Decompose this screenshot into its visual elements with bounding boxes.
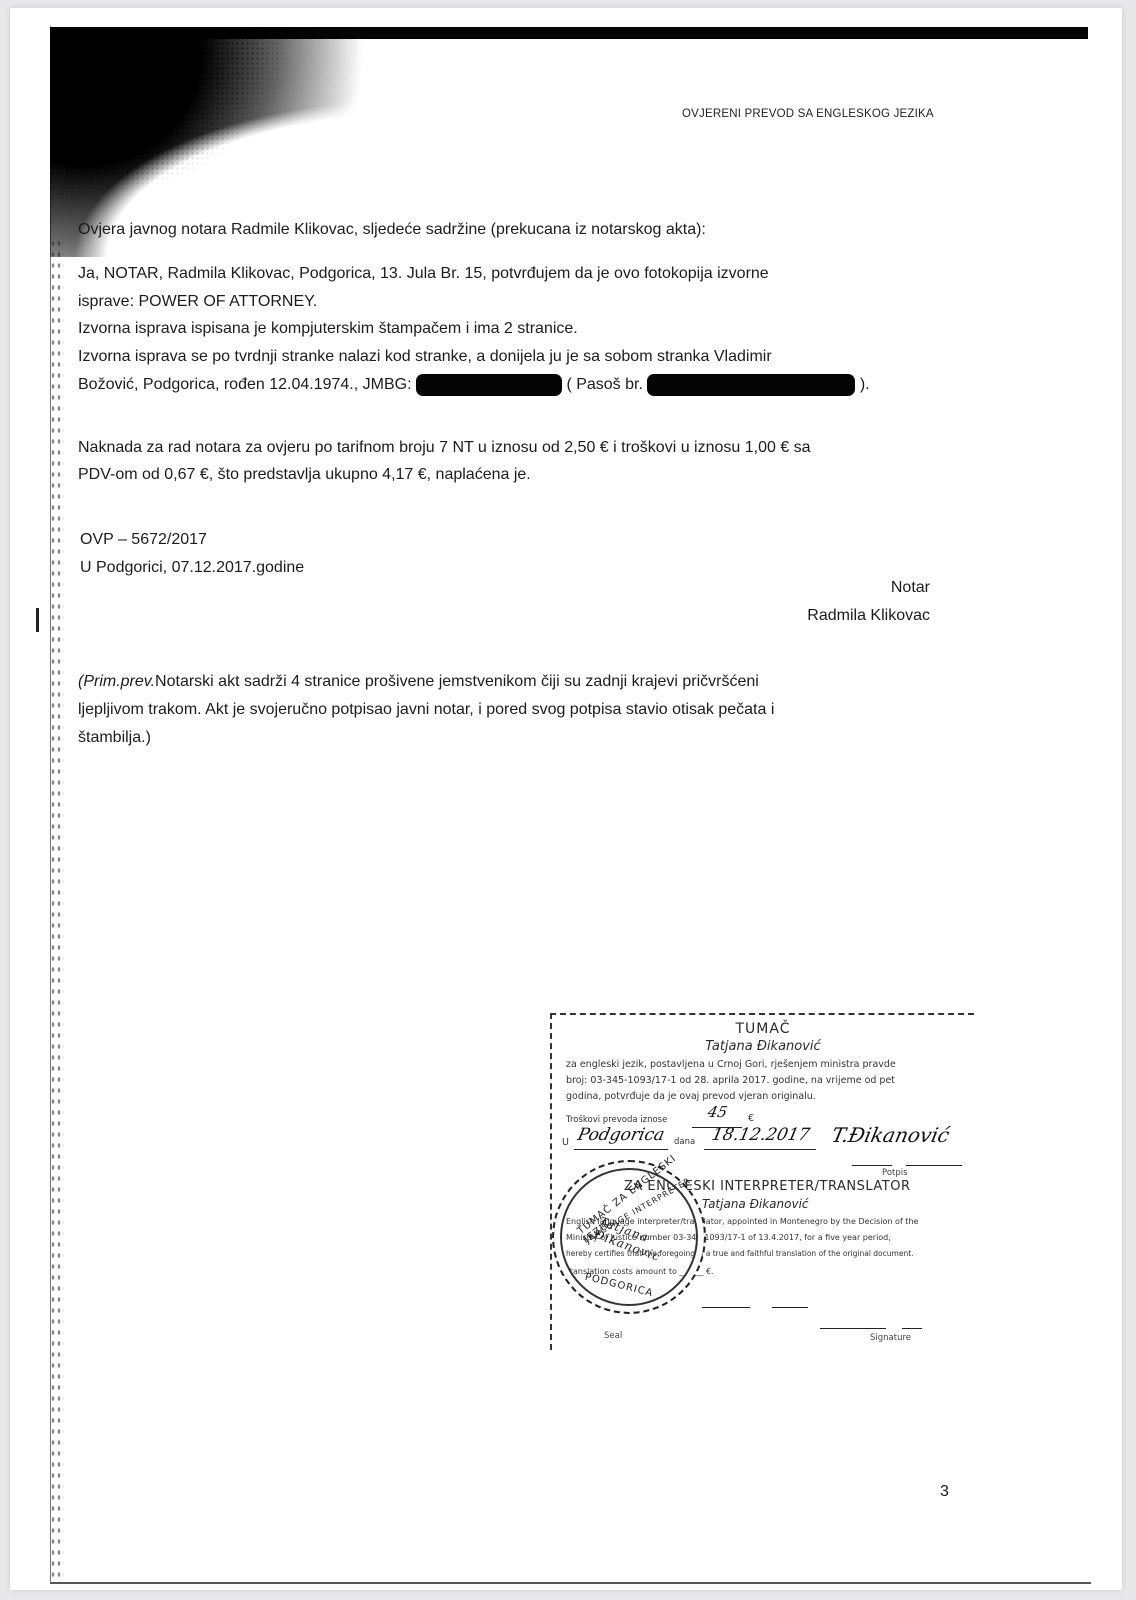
notary-statement-line: Izvorna isprava se po tvrdnji stranke na… <box>78 343 772 371</box>
date-underline <box>704 1149 816 1150</box>
stamp-date-label: dana <box>674 1137 695 1147</box>
stamp-place-prefix: U <box>562 1137 569 1148</box>
stamp-date-handwritten: 18.12.2017 <box>710 1125 812 1145</box>
translator-note-line: štambilja.) <box>78 724 151 752</box>
signature-title: Notar <box>710 574 930 602</box>
notary-statement-line: Božović, Podgorica, rođen 12.04.1974., J… <box>78 371 870 399</box>
place-and-date: U Podgorici, 07.12.2017.godine <box>80 554 304 582</box>
stamp-signature-label: Potpis <box>882 1168 908 1178</box>
stamp-place-handwritten: Podgorica <box>576 1125 666 1145</box>
notary-statement-line: Ja, NOTAR, Radmila Klikovac, Podgorica, … <box>78 260 769 288</box>
notary-statement-line: isprave: POWER OF ATTORNEY. <box>78 288 317 316</box>
translator-note-line: ljepljivom trakom. Akt je svojeručno pot… <box>78 696 774 724</box>
place-underline <box>574 1149 668 1150</box>
translator-certification-stamp: TUMAČ Tatjana Đikanović za engleski jezi… <box>550 1013 974 1350</box>
redacted-jmbg <box>416 374 562 396</box>
document-page: OVJERENI PREVOD SA ENGLESKOG JEZIKA Ovje… <box>10 8 1122 1590</box>
translator-note-line: (Prim.prev.Notarski akt sadrži 4 stranic… <box>78 668 759 696</box>
client-birth-info: Božović, Podgorica, rođen 12.04.1974., J… <box>78 376 412 393</box>
stamp-fee-handwritten: 45 <box>706 1103 729 1121</box>
seal-center-name: Tatjana Đikanović <box>593 1214 706 1278</box>
en-date-underline <box>702 1307 750 1308</box>
translator-note-text: Notarski akt sadrži 4 stranice prošivene… <box>155 673 759 690</box>
passport-label: ( Pasoš br. <box>566 376 642 393</box>
stamp-translator-name: Tatjana Đikanović <box>552 1039 974 1054</box>
scan-edge-mark <box>36 608 39 632</box>
scan-left-noise <box>50 238 64 1578</box>
translator-note-prefix: (Prim.prev. <box>78 673 155 690</box>
stamp-title: TUMAČ <box>552 1021 974 1037</box>
redacted-passport-number <box>647 374 855 396</box>
stamp-seal-label: Seal <box>604 1331 622 1341</box>
official-round-seal: TUMAČ ZA ENGLESKI JEZIK LANGUAGE INTERPR… <box>552 1160 706 1314</box>
stamp-signature-handwritten: T.Đikanović <box>829 1123 951 1147</box>
en-signature-underline <box>820 1328 886 1329</box>
en-date-underline <box>772 1307 808 1308</box>
scan-corner-noise <box>50 36 370 236</box>
page-number: 3 <box>940 1483 949 1501</box>
signature-underline <box>852 1165 892 1166</box>
stamp-en-name: Tatjana Đikanović <box>702 1197 809 1211</box>
stamp-text-line: za engleski jezik, postavljena u Crnoj G… <box>566 1059 896 1070</box>
closing-paren: ). <box>860 376 870 393</box>
intro-line: Ovjera javnog notara Radmile Klikovac, s… <box>78 216 706 244</box>
certified-translation-label: OVJERENI PREVOD SA ENGLESKOG JEZIKA <box>682 108 934 120</box>
seal-city: PODGORICA <box>584 1272 655 1300</box>
fee-line: PDV-om od 0,67 €, što predstavlja ukupno… <box>78 461 531 489</box>
signature-underline <box>906 1165 962 1166</box>
fee-line: Naknada za rad notara za ovjeru po tarif… <box>78 434 811 462</box>
stamp-en-signature-label: Signature <box>870 1333 911 1343</box>
notary-statement-line: Izvorna isprava ispisana je kompjuterski… <box>78 315 578 343</box>
stamp-text-line: godina, potvrđuje da je ovaj prevod vjer… <box>566 1091 816 1102</box>
en-signature-underline <box>902 1328 922 1329</box>
stamp-fee-label: Troškovi prevoda iznose <box>566 1115 667 1125</box>
stamp-text-line: broj: 03-345-1093/17-1 od 28. aprila 201… <box>566 1075 895 1086</box>
reference-number: OVP – 5672/2017 <box>80 526 207 554</box>
signature-name: Radmila Klikovac <box>710 602 930 630</box>
stamp-fee-currency: € <box>748 1113 754 1124</box>
